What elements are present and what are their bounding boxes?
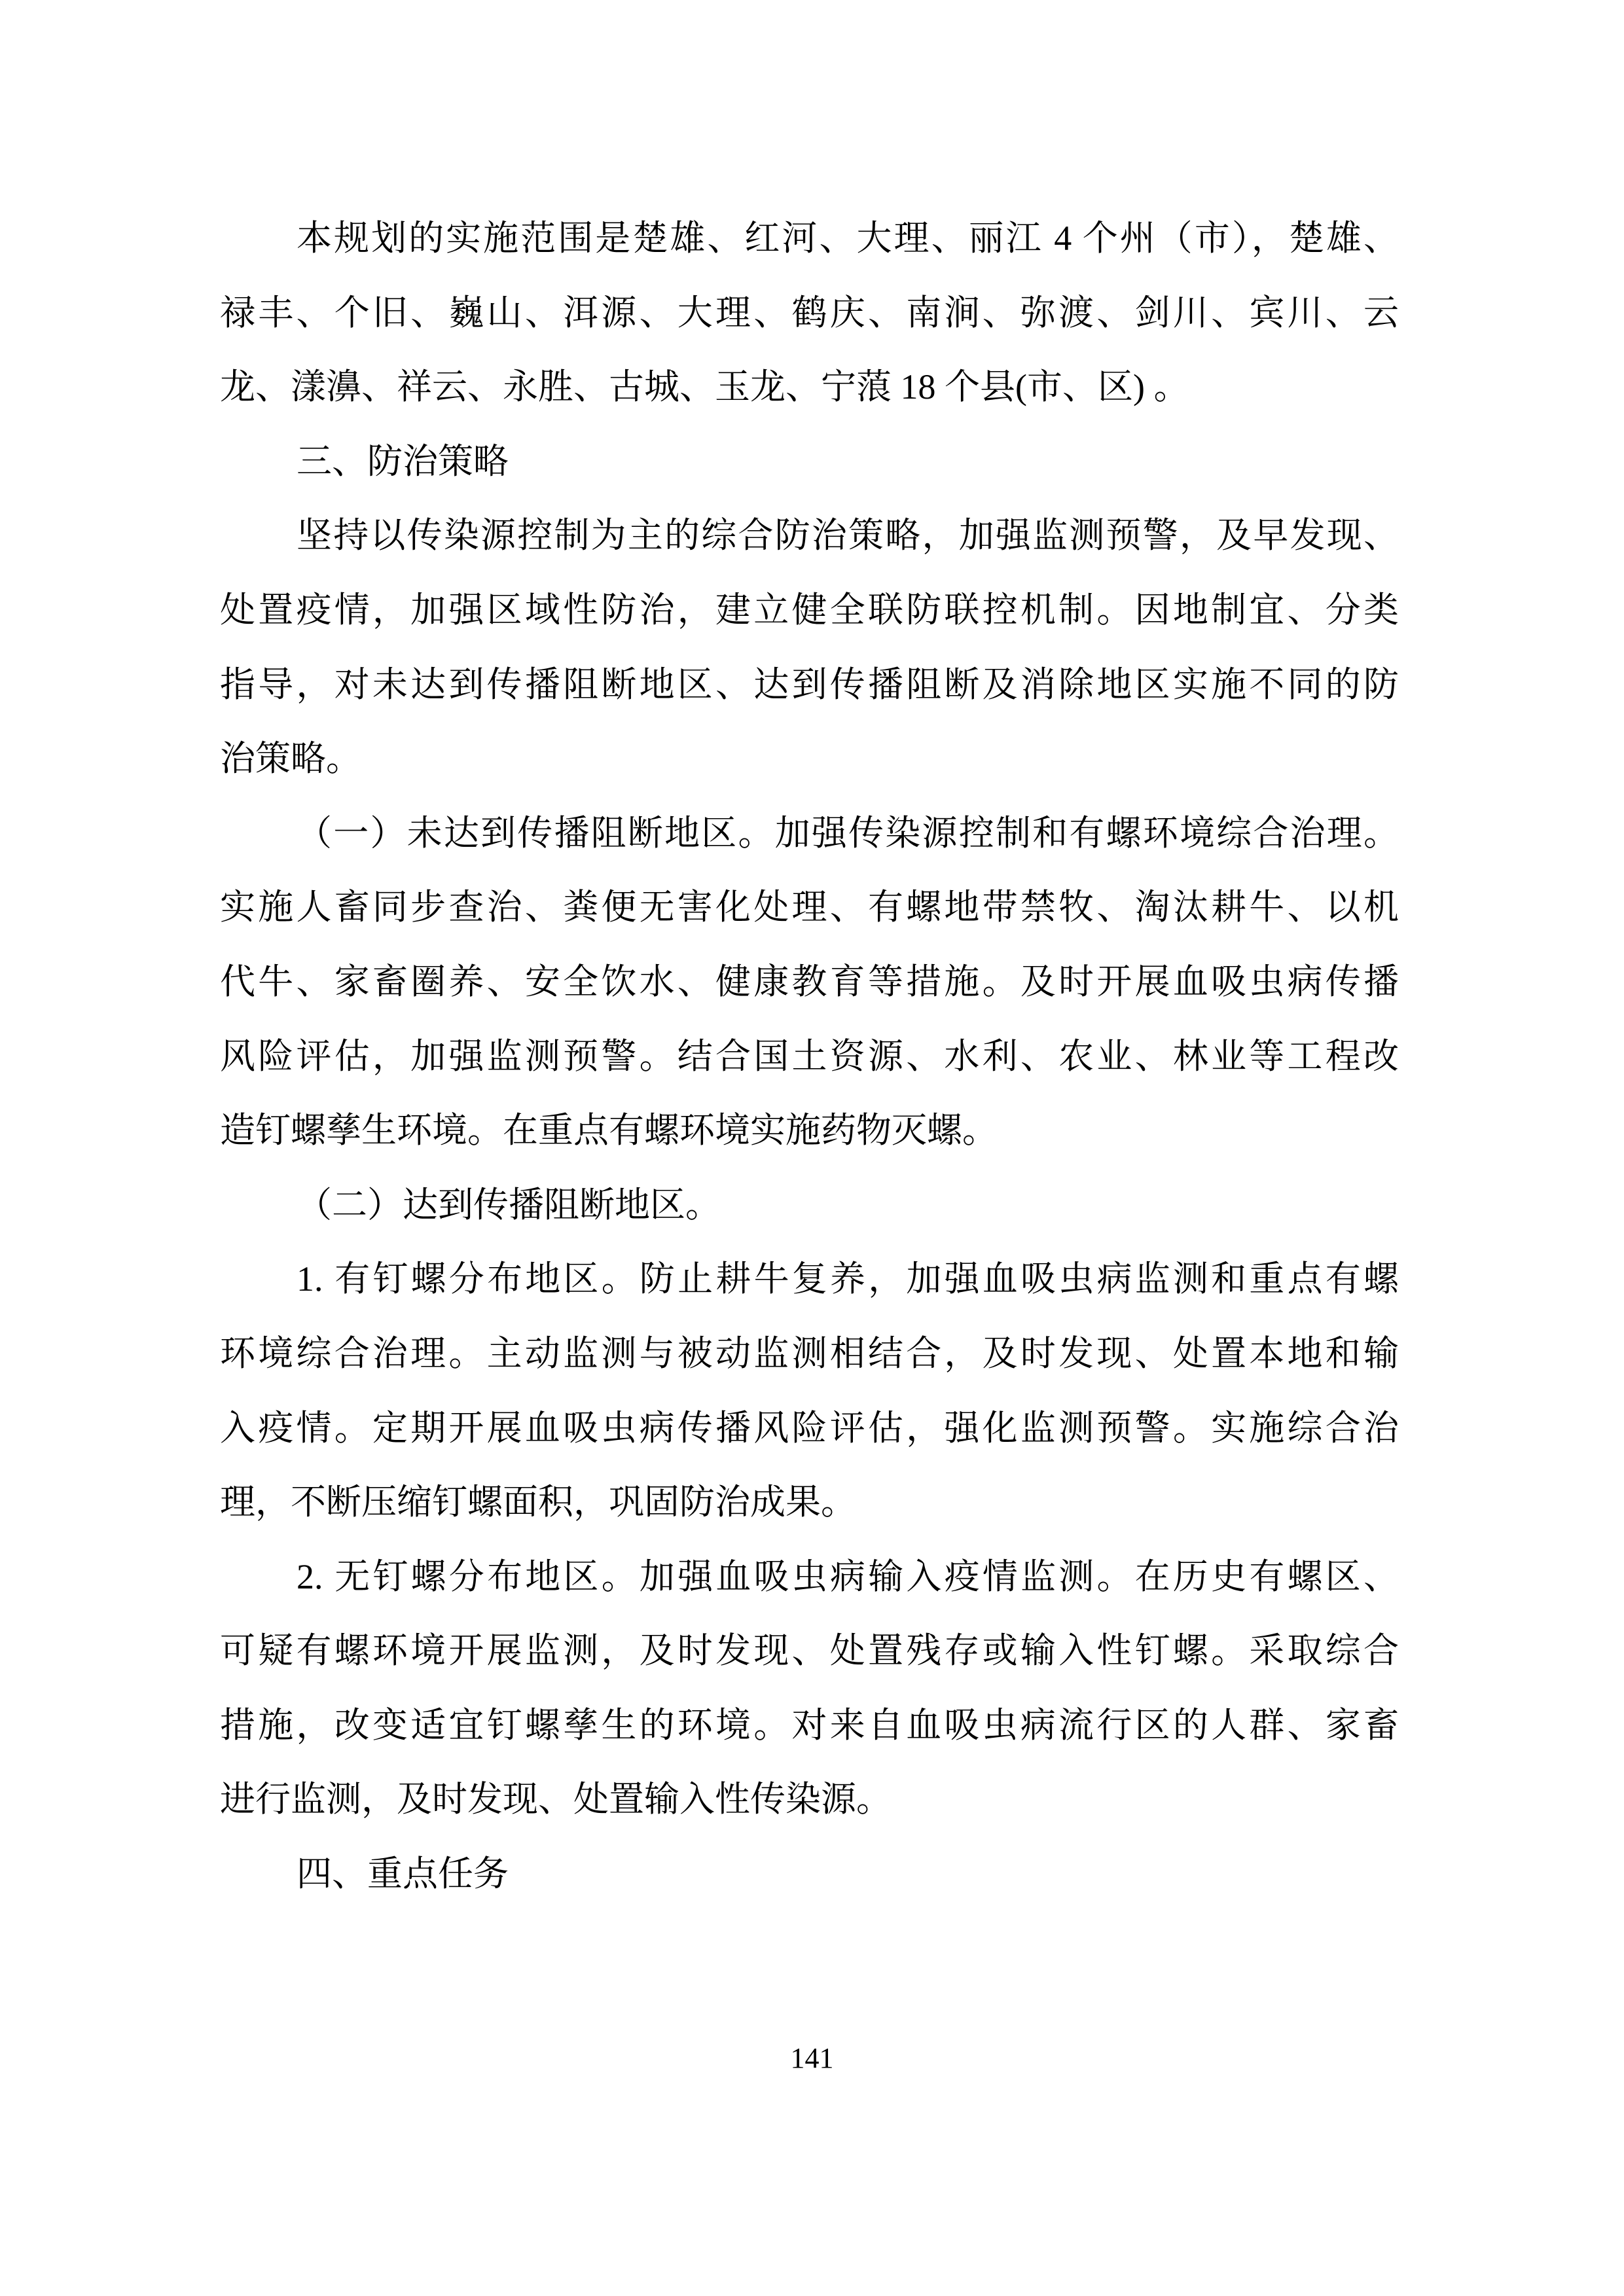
text-line: 坚持以传染源控制为主的综合防治策略，加强监测预警，及早发现、	[220, 499, 1399, 573]
document-page: { "doc": { "paragraphs": [ { "type": "bo…	[0, 0, 1624, 2296]
text-line: （一）未达到传播阻断地区。加强传染源控制和有螺环境综合治理。	[220, 797, 1399, 871]
text-line: 可疑有螺环境开展监测，及时发现、处置残存或输入性钉螺。采取综合	[220, 1614, 1399, 1689]
text-line: 禄丰、个旧、巍山、洱源、大理、鹤庆、南涧、弥渡、剑川、宾川、云	[220, 276, 1399, 351]
text-line: 造钉螺孳生环境。在重点有螺环境实施药物灭螺。	[220, 1094, 1399, 1168]
text-line: 风险评估，加强监测预警。结合国土资源、水利、农业、林业等工程改	[220, 1020, 1399, 1094]
text-line: 实施人畜同步查治、粪便无害化处理、有螺地带禁牧、淘汰耕牛、以机	[220, 870, 1399, 945]
text-line: 入疫情。定期开展血吸虫病传播风险评估，强化监测预警。实施综合治	[220, 1391, 1399, 1466]
text-line: 龙、漾濞、祥云、永胜、古城、玉龙、宁蒗 18 个县(市、区) 。	[220, 350, 1399, 425]
section-heading-4: 四、重点任务	[220, 1837, 1399, 1912]
heading-line: 三、防治策略	[220, 425, 1399, 499]
text-line: 环境综合治理。主动监测与被动监测相结合，及时发现、处置本地和输	[220, 1317, 1399, 1391]
subheading-region-2: （二）达到传播阻断地区。	[220, 1168, 1399, 1243]
text-line: 处置疫情，加强区域性防治，建立健全联防联控机制。因地制宜、分类	[220, 573, 1399, 648]
page-number: 141	[0, 2042, 1624, 2075]
paragraph-no-snail-area: 2. 无钉螺分布地区。加强血吸虫病输入疫情监测。在历史有螺区、 可疑有螺环境开展…	[220, 1540, 1399, 1837]
section-heading-3: 三、防治策略	[220, 425, 1399, 499]
text-line: 本规划的实施范围是楚雄、红河、大理、丽江 4 个州（市），楚雄、	[220, 202, 1399, 276]
paragraph-scope: 本规划的实施范围是楚雄、红河、大理、丽江 4 个州（市），楚雄、 禄丰、个旧、巍…	[220, 202, 1399, 425]
text-line: 1. 有钉螺分布地区。防止耕牛复养，加强血吸虫病监测和重点有螺	[220, 1242, 1399, 1317]
text-line: 2. 无钉螺分布地区。加强血吸虫病输入疫情监测。在历史有螺区、	[220, 1540, 1399, 1615]
document-text: 本规划的实施范围是楚雄、红河、大理、丽江 4 个州（市），楚雄、 禄丰、个旧、巍…	[220, 202, 1399, 1912]
text-line: 代牛、家畜圈养、安全饮水、健康教育等措施。及时开展血吸虫病传播	[220, 945, 1399, 1020]
paragraph-strategy: 坚持以传染源控制为主的综合防治策略，加强监测预警，及早发现、 处置疫情，加强区域…	[220, 499, 1399, 796]
text-line: 进行监测，及时发现、处置输入性传染源。	[220, 1763, 1399, 1837]
text-line: 理，不断压缩钉螺面积，巩固防治成果。	[220, 1465, 1399, 1540]
text-line: 措施，改变适宜钉螺孳生的环境。对来自血吸虫病流行区的人群、家畜	[220, 1689, 1399, 1763]
heading-line: （二）达到传播阻断地区。	[220, 1168, 1399, 1243]
text-line: 指导，对未达到传播阻断地区、达到传播阻断及消除地区实施不同的防	[220, 648, 1399, 723]
heading-line: 四、重点任务	[220, 1837, 1399, 1912]
text-line: 治策略。	[220, 722, 1399, 797]
paragraph-snail-area: 1. 有钉螺分布地区。防止耕牛复养，加强血吸虫病监测和重点有螺 环境综合治理。主…	[220, 1242, 1399, 1539]
paragraph-region-1: （一）未达到传播阻断地区。加强传染源控制和有螺环境综合治理。 实施人畜同步查治、…	[220, 797, 1399, 1168]
